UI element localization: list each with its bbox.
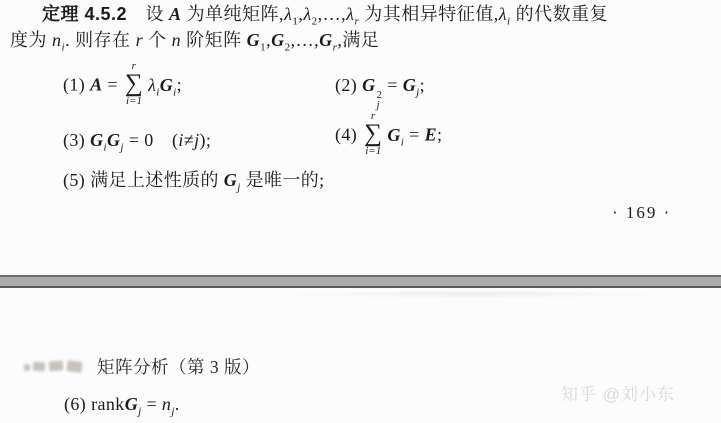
text-run: ; xyxy=(177,75,182,95)
zhihu-watermark: 知乎 @刘小东 xyxy=(561,380,675,405)
formula-item-1: (1) A = r∑i=1λiGi; xyxy=(63,63,182,110)
running-header-book-title: 矩阵分析（第 3 版） xyxy=(97,354,260,379)
text-run: 设 xyxy=(127,4,169,24)
text-run: = xyxy=(142,394,162,414)
text-run: ,满足 xyxy=(337,30,379,50)
text-run: G2 xyxy=(271,30,291,50)
text-run: 是唯一的; xyxy=(241,170,325,190)
text-run: ,…, xyxy=(318,4,347,24)
formula-item-5: (5) 满足上述性质的 Gj 是唯一的; xyxy=(63,166,325,192)
text-run: Gj xyxy=(224,170,241,190)
faded-stamp-mark xyxy=(24,357,90,373)
text-run: A xyxy=(169,4,182,24)
text-run: r xyxy=(136,30,144,50)
text-run: Gj xyxy=(403,75,420,95)
text-run: nj xyxy=(162,394,175,414)
text-run: (5) 满足上述性质的 xyxy=(63,170,224,190)
text-run: 的代数重复 xyxy=(511,4,609,24)
text-run: Gj xyxy=(107,130,124,150)
text-run: ni xyxy=(52,30,65,50)
text-run: λi xyxy=(499,4,511,24)
text-run: Gi xyxy=(90,130,107,150)
theorem-statement-line1: 定理 4.5.2 设 A 为单纯矩阵,λ1,λ2,…,λr 为其相异特征值,λi… xyxy=(42,2,608,26)
text-run: 阶矩阵 xyxy=(181,30,247,50)
text-run: G2j xyxy=(362,75,382,95)
text-run: Gr xyxy=(319,30,337,50)
text-run: (6) xyxy=(64,394,91,414)
scan-smudge xyxy=(285,290,660,298)
text-run: 为其相异特征值, xyxy=(359,4,499,24)
page-break-divider xyxy=(0,275,721,288)
text-run: A xyxy=(90,75,102,95)
text-run: ( xyxy=(154,130,179,150)
text-run: (1) xyxy=(63,75,90,95)
text-run: ,…, xyxy=(291,30,320,50)
text-run: = xyxy=(103,75,123,95)
text-run: 度为 xyxy=(10,30,52,50)
text-run: . 则存在 xyxy=(65,30,136,50)
text-run: 为单纯矩阵, xyxy=(182,4,285,24)
text-run: (3) xyxy=(63,130,90,150)
text-run: ); xyxy=(200,130,212,150)
text-run: λi xyxy=(148,75,160,95)
text-run: E xyxy=(425,125,437,145)
text-run: λ2 xyxy=(303,4,317,24)
text-run: . xyxy=(175,394,180,414)
page-number: · 169 · xyxy=(612,203,671,223)
scanned-book-page: 定理 4.5.2 设 A 为单纯矩阵,λ1,λ2,…,λr 为其相异特征值,λi… xyxy=(0,0,721,423)
theorem-statement-line2: 度为 ni. 则存在 r 个 n 阶矩阵 G1,G2,…,Gr,满足 xyxy=(10,28,379,52)
summation-symbol: r∑i=1 xyxy=(364,110,382,157)
text-run: = 0 xyxy=(124,130,154,150)
text-run: ; xyxy=(420,75,425,95)
text-run: rank xyxy=(91,394,125,414)
text-run: 定理 4.5.2 xyxy=(42,4,127,24)
stamp-blob xyxy=(49,361,64,372)
text-run: Gj xyxy=(125,394,142,414)
formula-item-6: (6) rankGj = nj. xyxy=(64,394,180,415)
text-run: λr xyxy=(346,4,359,24)
stamp-blob xyxy=(66,360,82,373)
text-run: = xyxy=(404,125,424,145)
formula-item-4: (4) r∑i=1Gi = E; xyxy=(335,113,442,160)
text-run: Gi xyxy=(387,125,404,145)
text-run: ≠ xyxy=(184,130,194,150)
text-run: 个 xyxy=(143,30,172,50)
text-run: n xyxy=(172,30,182,50)
formula-item-3: (3) GiGj = 0 (i≠j); xyxy=(63,126,211,152)
text-run: Gi xyxy=(160,75,177,95)
text-run: (2) xyxy=(335,75,362,95)
stamp-blob xyxy=(23,363,30,371)
text-run: (4) xyxy=(335,125,362,145)
stamp-blob xyxy=(33,361,46,371)
text-run: λ1 xyxy=(284,4,298,24)
text-run: ; xyxy=(437,125,442,145)
formula-item-2: (2) G2j = Gj; xyxy=(335,75,425,111)
text-run: = xyxy=(382,75,402,95)
text-run: G1 xyxy=(247,30,267,50)
summation-symbol: r∑i=1 xyxy=(125,60,143,107)
